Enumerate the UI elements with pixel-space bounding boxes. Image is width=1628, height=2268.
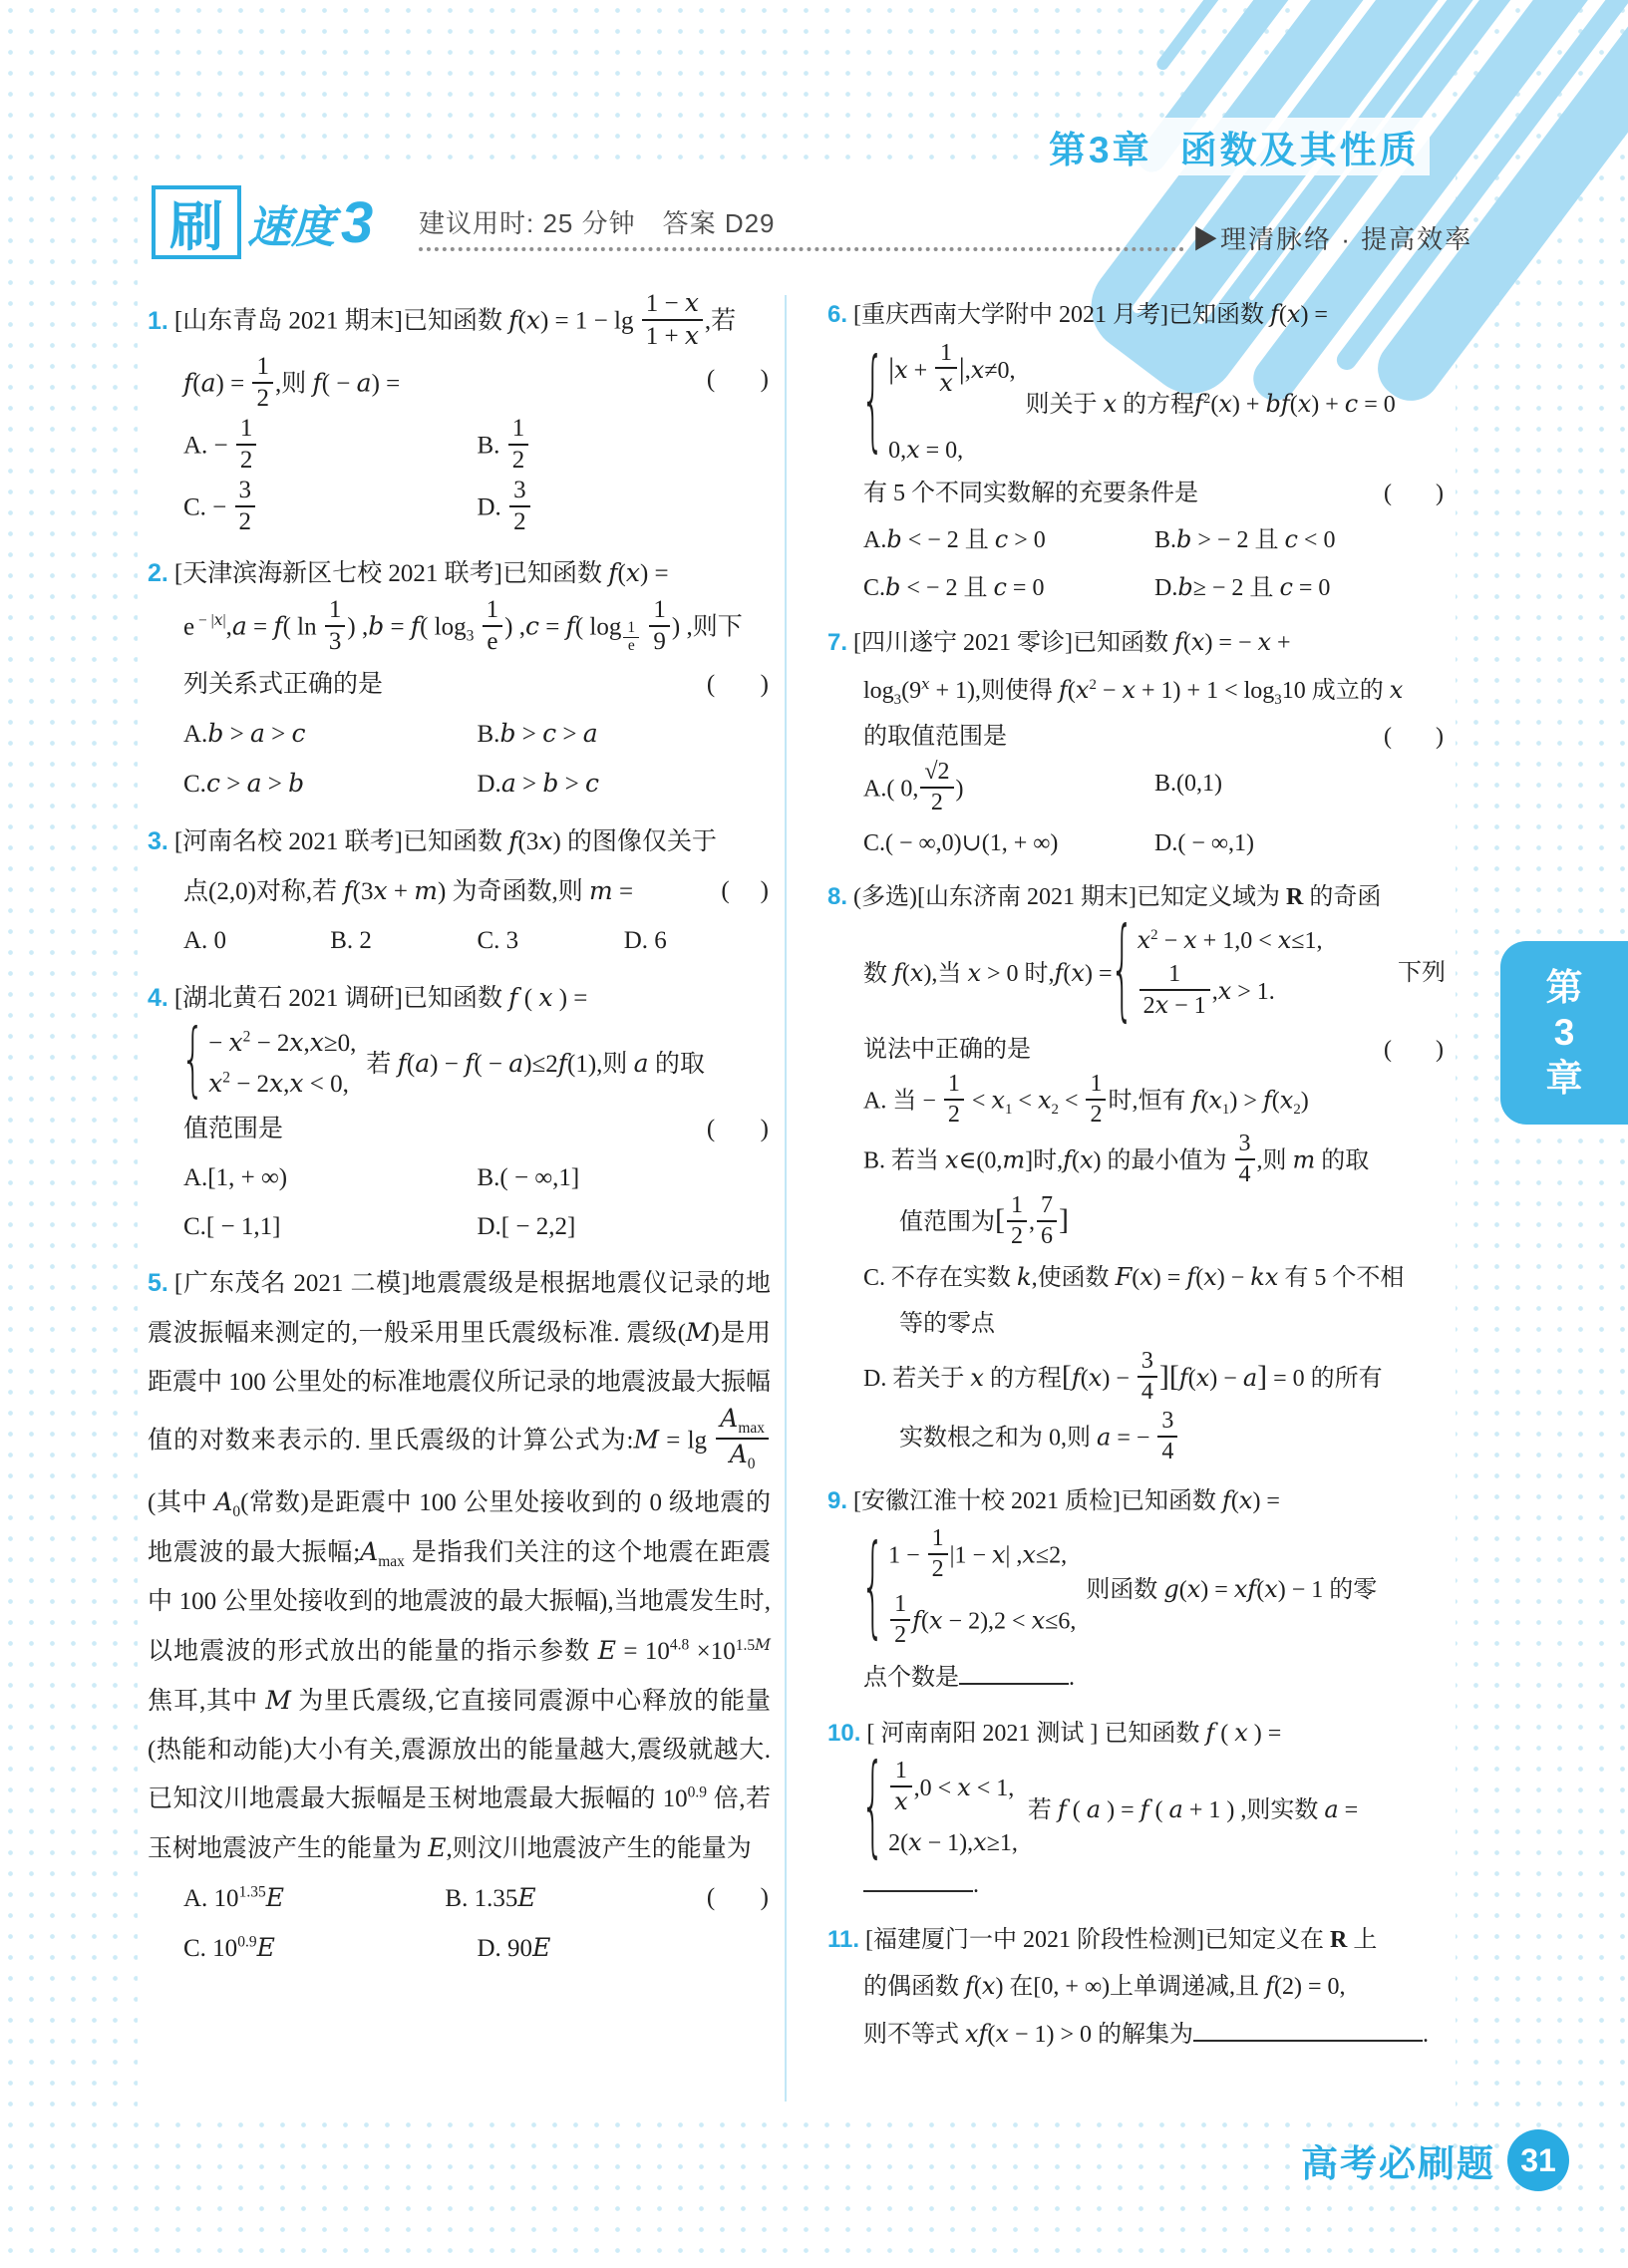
question-line: A.b > a > cB.b > c > a — [148, 709, 771, 759]
question-line: C. 100.9ED. 90E — [148, 1923, 771, 1973]
question-line: 点个数是. — [827, 1655, 1446, 1702]
question-number: 8. — [827, 883, 853, 910]
question-line: 则不等式 xf(x − 1) > 0 的解集为. — [827, 2011, 1446, 2059]
question-line: 数 f(x),当 x > 0 时,f(x) = {x2 − x + 1,0 < … — [827, 921, 1446, 1027]
question-first-line: 8.(多选)[山东济南 2021 期末]已知定义域为 R 的奇函 — [827, 874, 1446, 921]
question-item: 1.[山东青岛 2021 期末]已知函数 f(x) = 1 − lg 1 − x… — [148, 291, 771, 540]
question-line: A. 0B. 2C. 3D. 6 — [148, 916, 771, 965]
question-number: 3. — [148, 827, 174, 855]
question-line: {|x + 1x|,x≠0,0,x = 0,则关于 x 的方程f2(x) + b… — [827, 339, 1446, 471]
question-first-line: 6.[重庆西南大学附中 2021 月考]已知函数 f(x) = — [827, 291, 1446, 339]
chapter-title: 函数及其性质 — [1180, 130, 1420, 170]
question-item: 6.[重庆西南大学附中 2021 月考]已知函数 f(x) ={|x + 1x|… — [827, 291, 1446, 611]
question-number: 7. — [827, 629, 853, 656]
question-line: B. 若当 x∈(0,m]时,f(x) 的最小值为 34,则 m 的取 — [827, 1133, 1446, 1192]
question-line: 的取值范围是( ) — [827, 714, 1446, 761]
question-line: 等的零点 — [827, 1301, 1446, 1348]
question-first-line: 9.[安徽江淮十校 2021 质检]已知函数 f(x) = — [827, 1477, 1446, 1525]
question-line: 的偶函数 f(x) 在[0, + ∞)上单调递减,且 f(2) = 0, — [827, 1963, 1446, 2011]
question-item: 4.[湖北黄石 2021 调研]已知函数 f ( x ) ={ − x2 − 2… — [148, 973, 771, 1251]
question-number: 5. — [148, 1269, 174, 1297]
question-line: A. − 12B. 12 — [148, 417, 771, 479]
question-line: 值范围为[12,76] — [827, 1191, 1446, 1253]
question-line: A. 当 − 12 < x1 < x2 < 12时,恒有 f(x1) > f(x… — [827, 1073, 1446, 1133]
question-item: 7.[四川遂宁 2021 零诊]已知函数 f(x) = − x +log3(9x… — [827, 619, 1446, 866]
question-number: 4. — [148, 984, 174, 1012]
question-line: D. 若关于 x 的方程[f(x) − 34][f(x) − a] = 0 的所… — [827, 1348, 1446, 1410]
question-item: 5.[广东茂名 2021 二模]地震震级是根据地震仪记录的地震波振幅来测定的,一… — [148, 1259, 771, 1974]
dotted-rule — [419, 247, 1184, 251]
question-line: { − x2 − 2x,x≥0,x2 − 2x,x < 0,若 f(a) − f… — [148, 1023, 771, 1105]
question-first-line: 4.[湖北黄石 2021 调研]已知函数 f ( x ) = — [148, 973, 771, 1023]
question-line: A.[1, + ∞)B.( − ∞,1] — [148, 1153, 771, 1202]
question-first-line: 2.[天津滨海新区七校 2021 联考]已知函数 f(x) = — [148, 548, 771, 598]
question-first-line: 3.[河南名校 2021 联考]已知函数 f(3x) 的图像仅关于 — [148, 816, 771, 866]
section-title: 速度3 — [247, 189, 373, 256]
question-first-line: 5.[广东茂名 2021 二模]地震震级是根据地震仪记录的地震波振幅来测定的,一… — [148, 1259, 771, 1874]
question-line: {1x,0 < x < 1,2(x − 1),x≥1,若 f ( a ) = f… — [827, 1757, 1446, 1862]
question-line: C. − 32D. 32 — [148, 479, 771, 540]
question-line: A.( 0,√22)B.(0,1) — [827, 761, 1446, 820]
question-line: 说法中正确的是( ) — [827, 1027, 1446, 1074]
question-number: 11. — [827, 1926, 865, 1953]
page-footer: 高考必刷题 31 — [1301, 2129, 1569, 2191]
question-item: 2.[天津滨海新区七校 2021 联考]已知函数 f(x) =e − |x|,a… — [148, 548, 771, 809]
question-item: 3.[河南名校 2021 联考]已知函数 f(3x) 的图像仅关于点(2,0)对… — [148, 816, 771, 965]
side-tab-chapter[interactable]: 第 3 章 — [1500, 941, 1628, 1125]
question-item: 10.[ 河南南阳 2021 测试 ] 已知函数 f ( x ) ={1x,0 … — [827, 1710, 1446, 1909]
chapter-number: 第3章 — [1049, 130, 1152, 170]
stamp-character: 刷 — [169, 184, 223, 261]
question-line: C. 不存在实数 k,使函数 F(x) = f(x) − kx 有 5 个不相 — [827, 1254, 1446, 1302]
question-line: C.b < − 2 且 c = 0D.b≥ − 2 且 c = 0 — [827, 564, 1446, 612]
question-line: 有 5 个不同实数解的充要条件是( ) — [827, 471, 1446, 517]
question-area: 1.[山东青岛 2021 期末]已知函数 f(x) = 1 − lg 1 − x… — [148, 291, 1446, 2067]
question-line: 列关系式正确的是( ) — [148, 660, 771, 709]
question-item: 9.[安徽江淮十校 2021 质检]已知函数 f(x) ={1 − 12|1 −… — [827, 1477, 1446, 1702]
question-number: 1. — [148, 307, 174, 335]
section-meta: 建议用时: 25 分钟 答案 D29 — [419, 203, 776, 240]
question-line: f(a) = 12,则 f( − a) =( ) — [148, 355, 771, 417]
question-first-line: 11.[福建厦门一中 2021 阶段性检测]已知定义在 R 上 — [827, 1917, 1446, 1964]
question-line: C.[ − 1,1]D.[ − 2,2] — [148, 1202, 771, 1251]
question-number: 6. — [827, 301, 853, 328]
question-line: log3(9x + 1),则使得 f(x2 − x + 1) + 1 < log… — [827, 667, 1446, 715]
question-column-left: 1.[山东青岛 2021 期末]已知函数 f(x) = 1 − lg 1 − x… — [148, 291, 771, 2067]
question-item: 8.(多选)[山东济南 2021 期末]已知定义域为 R 的奇函数 f(x),当… — [827, 874, 1446, 1469]
question-line: . — [827, 1862, 1446, 1909]
question-number: 2. — [148, 559, 174, 587]
question-line: 点(2,0)对称,若 f(3x + m) 为奇函数,则 m =( ) — [148, 866, 771, 916]
workbook-page: 第3章函数及其性质 刷 速度3 建议用时: 25 分钟 答案 D29 ▶理清脉络… — [0, 0, 1628, 2268]
question-first-line: 1.[山东青岛 2021 期末]已知函数 f(x) = 1 − lg 1 − x… — [148, 291, 771, 355]
brush-stamp-badge: 刷 — [152, 185, 241, 259]
question-line: A. 101.35EB. 1.35E — [148, 1873, 707, 1923]
question-line: C.( − ∞,0)∪(1, + ∞)D.( − ∞,1) — [827, 820, 1446, 867]
question-first-line: 7.[四川遂宁 2021 零诊]已知函数 f(x) = − x + — [827, 619, 1446, 667]
question-line: C.c > a > bD.a > b > c — [148, 759, 771, 809]
header-note: ▶理清脉络 · 提高效率 — [1192, 219, 1472, 256]
question-line: {1 − 12|1 − x| ,x≤2,12f(x − 2),2 < x≤6,则… — [827, 1524, 1446, 1655]
question-column-right: 6.[重庆西南大学附中 2021 月考]已知函数 f(x) ={|x + 1x|… — [827, 291, 1446, 2067]
question-line: A.b < − 2 且 c > 0B.b > − 2 且 c < 0 — [827, 516, 1446, 564]
question-line: 值范围是( ) — [148, 1105, 771, 1153]
question-first-line: 10.[ 河南南阳 2021 测试 ] 已知函数 f ( x ) = — [827, 1710, 1446, 1758]
question-item: 11.[福建厦门一中 2021 阶段性检测]已知定义在 R 上的偶函数 f(x)… — [827, 1917, 1446, 2059]
question-line: 实数根之和为 0,则 a = − 34 — [827, 1410, 1446, 1469]
question-number: 9. — [827, 1487, 853, 1514]
footer-brand: 高考必刷题 — [1301, 2133, 1495, 2187]
question-line: e − |x|,a = f( ln 13) ,b = f( log3 1e) ,… — [148, 598, 771, 660]
page-number-badge: 31 — [1507, 2129, 1569, 2191]
chapter-header: 第3章函数及其性质 — [1039, 118, 1430, 175]
